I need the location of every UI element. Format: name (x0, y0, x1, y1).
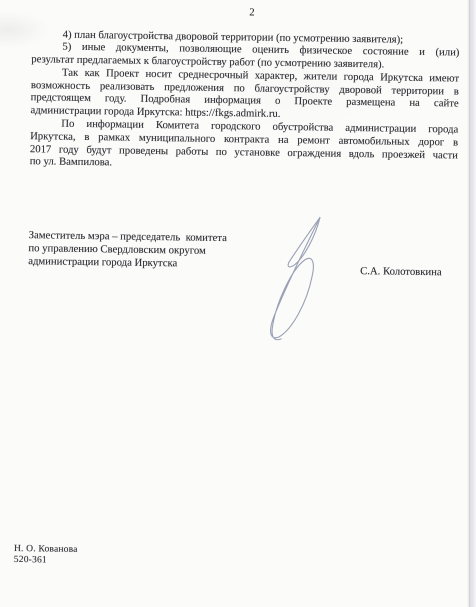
executor-block: Н. О. Кованова 520-361 (14, 543, 78, 566)
page-content: 2 4) план благоустройства дворовой терри… (0, 0, 476, 607)
executor-name: Н. О. Кованова (14, 543, 78, 555)
handwritten-signature (261, 208, 337, 351)
text-line: администрации города Иркутска (28, 255, 298, 272)
executor-phone: 520-361 (14, 554, 78, 566)
scan-edge-shadow (467, 0, 476, 607)
page-number: 2 (240, 6, 264, 19)
scanned-document-page: 2 4) план благоустройства дворовой терри… (0, 0, 476, 607)
signatory-name: С.А. Колотовкина (360, 265, 442, 279)
signatory-title: Заместитель мэра – председатель комитета… (28, 229, 299, 273)
body-text: 4) план благоустройства дворовой террито… (30, 28, 460, 175)
